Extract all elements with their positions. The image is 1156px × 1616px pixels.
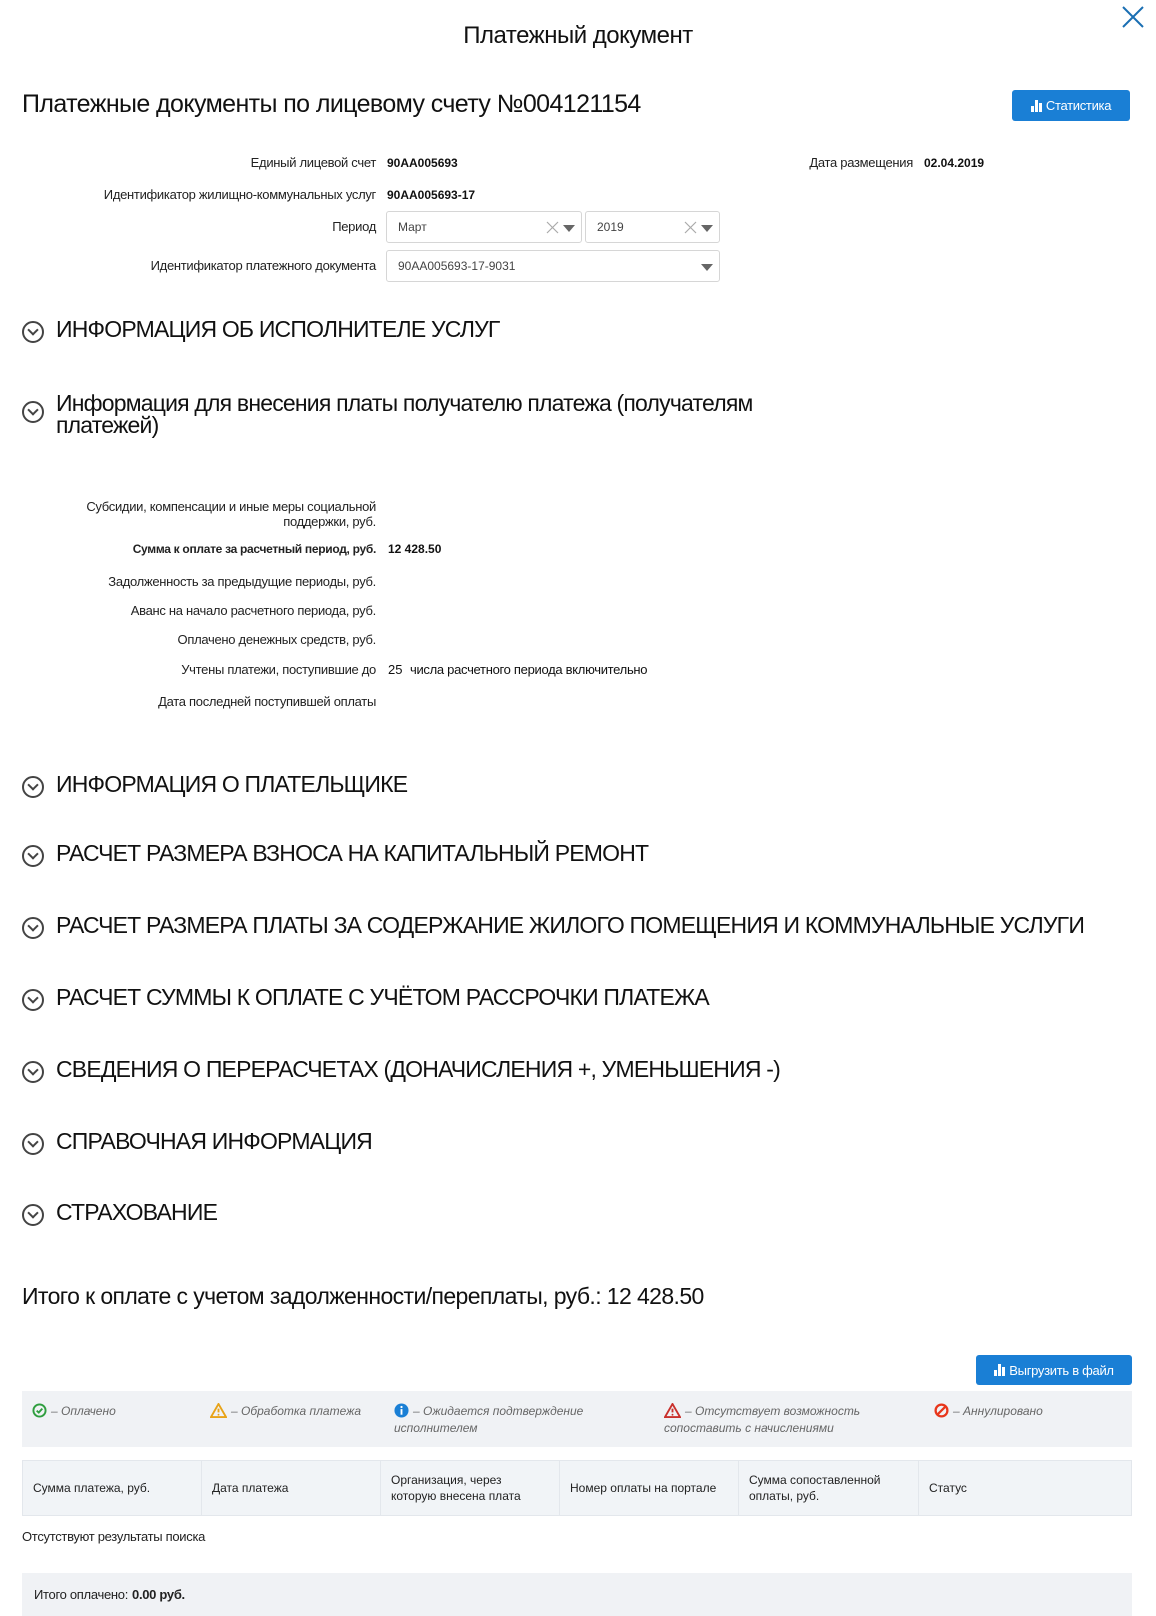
period-month-value: Март <box>398 220 427 234</box>
chevron-circle-down-icon <box>22 845 44 867</box>
page-heading: Платежные документы по лицевому счету №0… <box>22 90 641 119</box>
section-housing-utilities[interactable]: РАСЧЕТ РАЗМЕРА ПЛАТЫ ЗА СОДЕРЖАНИЕ ЖИЛОГ… <box>22 914 1084 939</box>
section-installment[interactable]: РАСЧЕТ СУММЫ К ОПЛАТЕ С УЧЁТОМ РАССРОЧКИ… <box>22 986 709 1011</box>
section-capital-repair[interactable]: РАСЧЕТ РАЗМЕРА ВЗНОСА НА КАПИТАЛЬНЫЙ РЕМ… <box>22 842 648 867</box>
housing-id-value: 90АА005693-17 <box>387 188 475 202</box>
doc-id-label: Идентификатор платежного документа <box>76 258 376 273</box>
chevron-circle-down-icon <box>22 776 44 798</box>
unified-account-value: 90АА005693 <box>387 156 458 170</box>
chevron-circle-down-icon <box>22 1204 44 1226</box>
statistics-button-label: Статистика <box>1046 98 1111 113</box>
export-button[interactable]: Выгрузить в файл <box>976 1355 1132 1385</box>
column-header: Сумма платежа, руб. <box>23 1461 202 1515</box>
chevron-down-icon <box>701 225 713 232</box>
bar-chart-icon <box>994 1364 1005 1376</box>
unified-account-label: Единый лицевой счет <box>76 155 376 170</box>
warning-triangle-icon <box>210 1403 227 1418</box>
legend-paid: – Оплачено <box>32 1403 116 1420</box>
paid-total-value: 0.00 руб. <box>132 1587 185 1602</box>
section-service-provider[interactable]: ИНФОРМАЦИЯ ОБ ИСПОЛНИТЕЛЕ УСЛУГ <box>22 318 500 343</box>
chevron-circle-down-icon <box>22 1133 44 1155</box>
empty-results-message: Отсутствуют результаты поиска <box>22 1529 205 1544</box>
section-recalculations[interactable]: СВЕДЕНИЯ О ПЕРЕРАСЧЕТАХ (ДОНАЧИСЛЕНИЯ +,… <box>22 1058 780 1083</box>
chevron-down-icon <box>701 264 713 271</box>
section-reference-info[interactable]: СПРАВОЧНАЯ ИНФОРМАЦИЯ <box>22 1130 372 1155</box>
payments-table: Сумма платежа, руб. Дата платежа Организ… <box>22 1460 1132 1516</box>
legend-no-match: – Отсутствует возможностьсопоставить с н… <box>664 1403 860 1437</box>
payments-until-suffix: числа расчетного периода включительно <box>410 662 647 677</box>
column-header: Статус <box>919 1461 1131 1515</box>
debt-label: Задолженность за предыдущие периоды, руб… <box>36 574 376 589</box>
doc-id-value: 90АА005693-17-9031 <box>398 259 515 273</box>
period-label: Период <box>76 219 376 234</box>
housing-id-label: Идентификатор жилищно-коммунальных услуг <box>76 187 376 202</box>
doc-id-select[interactable]: 90АА005693-17-9031 <box>386 250 720 282</box>
error-triangle-icon <box>664 1403 681 1418</box>
chevron-circle-down-icon <box>22 917 44 939</box>
paid-total-label: Итого оплачено: <box>34 1587 128 1602</box>
chevron-down-icon <box>563 225 575 232</box>
amount-due-value: 12 428.50 <box>388 542 441 556</box>
section-payment-recipient[interactable]: Информация для внесения платы получателю… <box>22 392 753 436</box>
legend-processing: – Обработка платежа <box>210 1403 361 1420</box>
legend-cancelled: – Аннулировано <box>934 1403 1043 1420</box>
column-header: Организация, через которую внесена плата <box>381 1461 560 1515</box>
export-button-label: Выгрузить в файл <box>1009 1363 1113 1378</box>
paid-total: Итого оплачено: 0.00 руб. <box>22 1573 1132 1616</box>
close-button[interactable] <box>1120 4 1146 30</box>
period-year-value: 2019 <box>597 220 624 234</box>
column-header: Сумма сопоставленной оплаты, руб. <box>739 1461 919 1515</box>
chevron-circle-down-icon <box>22 1061 44 1083</box>
section-insurance[interactable]: СТРАХОВАНИЕ <box>22 1201 217 1226</box>
chevron-circle-down-icon <box>22 989 44 1011</box>
advance-label: Аванс на начало расчетного периода, руб. <box>36 603 376 618</box>
chevron-circle-down-icon <box>22 321 44 343</box>
modal-title: Платежный документ <box>0 22 1156 50</box>
column-header: Дата платежа <box>202 1461 381 1515</box>
section-payer-info[interactable]: ИНФОРМАЦИЯ О ПЛАТЕЛЬЩИКЕ <box>22 773 407 798</box>
placement-date-value: 02.04.2019 <box>924 156 984 170</box>
payments-until-day: 25 <box>388 662 402 677</box>
last-payment-date-label: Дата последней поступившей оплаты <box>36 694 376 709</box>
check-circle-icon <box>32 1403 47 1418</box>
period-year-select[interactable]: 2019 <box>585 211 720 243</box>
total-due: Итого к оплате с учетом задолженности/пе… <box>22 1283 704 1310</box>
clear-icon[interactable] <box>684 221 697 234</box>
placement-date-label: Дата размещения <box>613 155 913 170</box>
info-circle-icon <box>394 1403 409 1418</box>
status-legend: – Оплачено – Обработка платежа – Ожидает… <box>22 1391 1132 1447</box>
amount-due-label: Сумма к оплате за расчетный период, руб. <box>36 542 376 557</box>
close-icon <box>1120 4 1146 30</box>
legend-awaiting: – Ожидается подтверждениеисполнителем <box>394 1403 583 1437</box>
subsidies-label: Субсидии, компенсации и иные меры социал… <box>36 499 376 529</box>
chevron-circle-down-icon <box>22 401 44 423</box>
payments-until-label: Учтены платежи, поступившие до <box>36 662 376 677</box>
clear-icon[interactable] <box>546 221 559 234</box>
column-header: Номер оплаты на портале <box>560 1461 739 1515</box>
statistics-button[interactable]: Статистика <box>1012 90 1130 121</box>
paid-label: Оплачено денежных средств, руб. <box>36 632 376 647</box>
cancel-circle-icon <box>934 1403 949 1418</box>
period-month-select[interactable]: Март <box>386 211 582 243</box>
bar-chart-icon <box>1031 100 1042 112</box>
